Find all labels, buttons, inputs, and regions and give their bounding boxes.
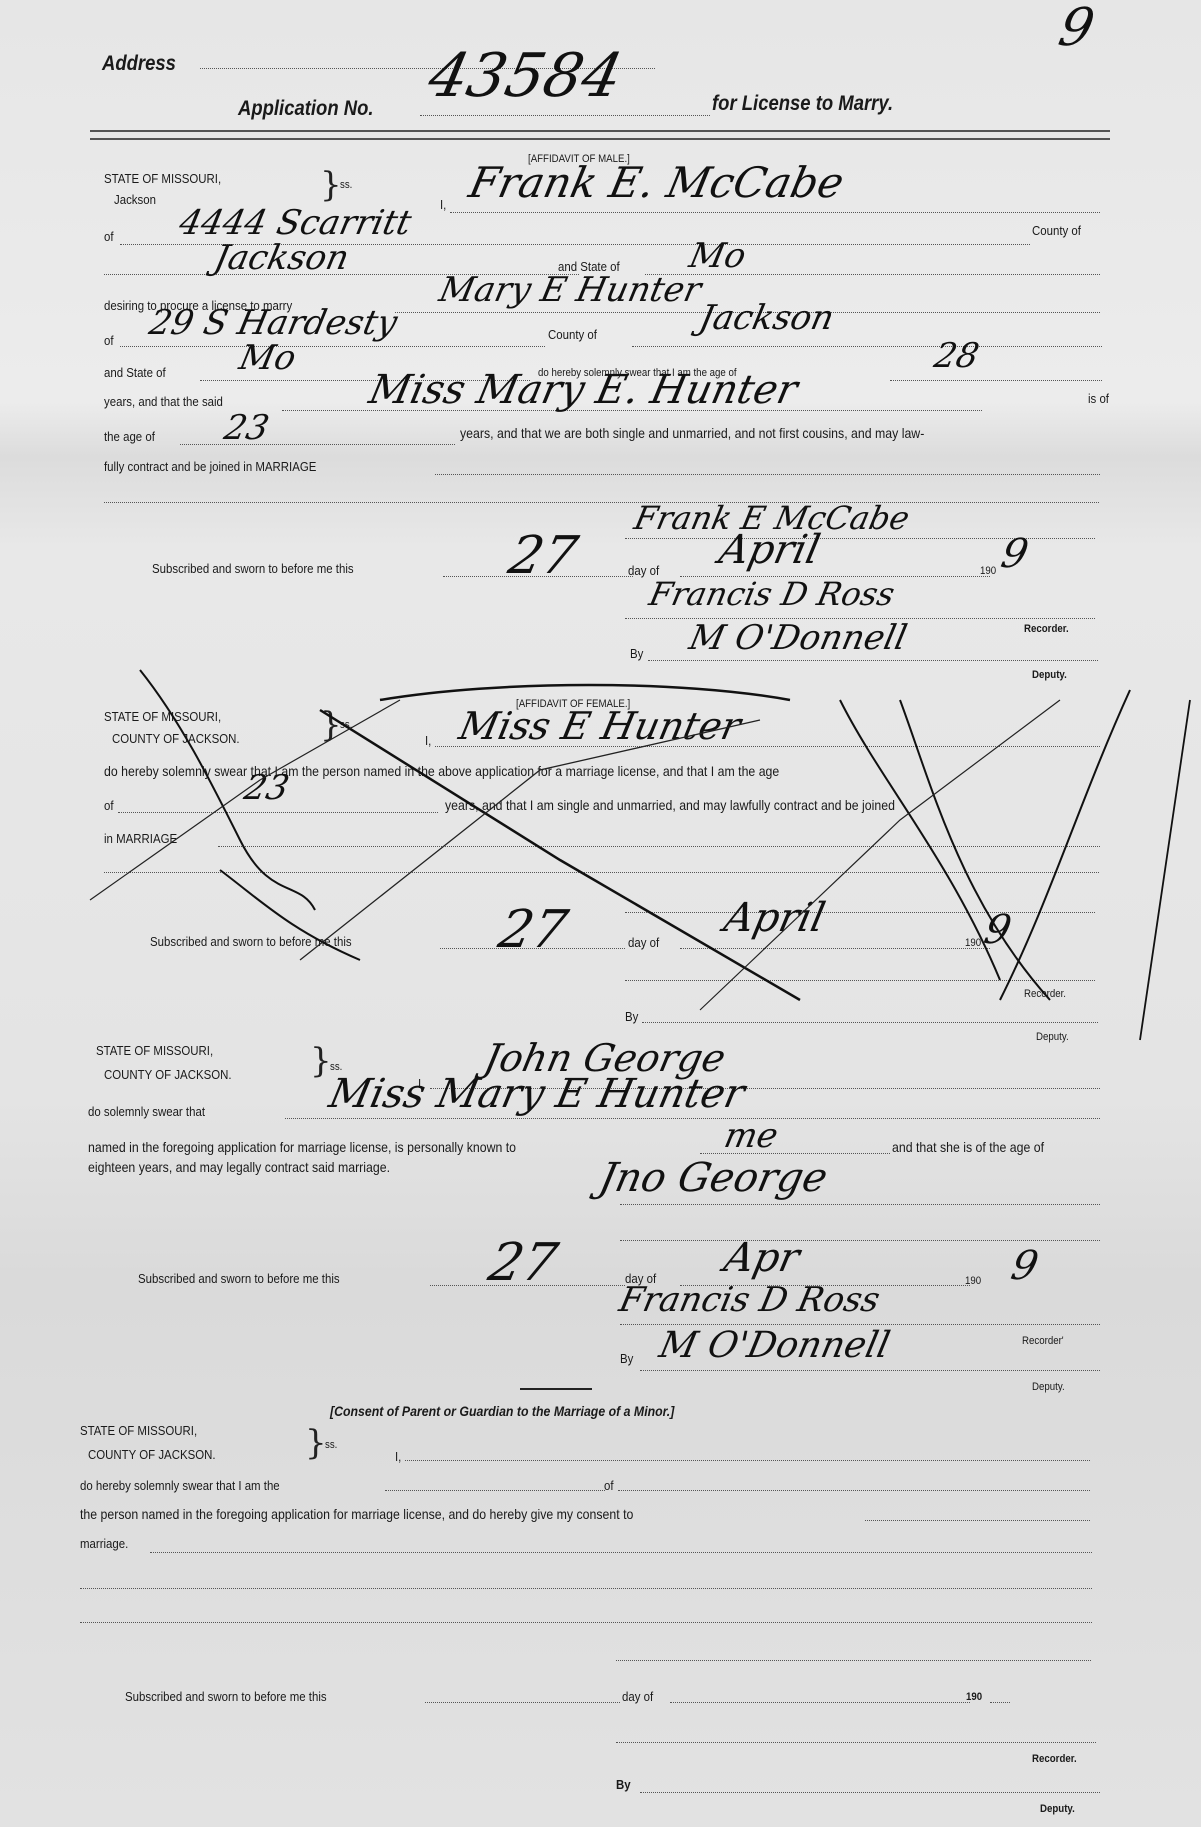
header-rule-top	[90, 130, 1110, 132]
witness-swear-label: do solemnly swear that	[88, 1103, 205, 1121]
blank-line	[80, 1588, 1092, 1589]
witness-signature: Jno George	[596, 1160, 830, 1196]
application-number-line	[420, 115, 710, 116]
groom-county: Jackson	[211, 240, 352, 276]
consent-marriage-label: marriage.	[80, 1535, 128, 1553]
consent-of-label: of	[604, 1477, 614, 1495]
marriage-field[interactable]	[435, 474, 1100, 475]
brace-icon: }	[320, 168, 342, 202]
female-month: April	[721, 900, 828, 936]
consent-deputy-label: Deputy.	[1040, 1800, 1075, 1818]
consent-recorder-line	[616, 1742, 1096, 1743]
named-person: Miss Mary E Hunter	[326, 1076, 748, 1112]
consent-day-field[interactable]	[425, 1702, 620, 1703]
female-day: 27	[496, 912, 570, 948]
bride-name: Mary E Hunter	[436, 272, 704, 308]
male-month: April	[716, 532, 823, 568]
female-by-label: By	[625, 1008, 638, 1026]
consent-subscribed-label: Subscribed and sworn to before me this	[125, 1688, 327, 1706]
known-to: me	[721, 1118, 781, 1154]
male-year-prefix: 190	[980, 562, 996, 580]
consent-state: STATE OF MISSOURI,	[80, 1422, 197, 1440]
consent-year-prefix: 190	[966, 1688, 982, 1706]
male-state: STATE OF MISSOURI,	[104, 170, 221, 188]
female-deputy-label: Deputy.	[1036, 1028, 1069, 1046]
years-clause: years, and that we are both single and u…	[460, 424, 924, 442]
named-person-field[interactable]	[285, 1118, 1100, 1119]
bride-county-of-label: County of	[548, 326, 597, 344]
female-years-clause: years, and that I am single and unmarrie…	[445, 796, 895, 814]
male-recorder-signature: Francis D Ross	[646, 576, 898, 612]
consent-name-field[interactable]	[405, 1460, 1090, 1461]
female-recorder-line	[625, 980, 1095, 981]
female-name: Miss E Hunter	[456, 708, 744, 744]
female-signature-line[interactable]	[625, 912, 1095, 913]
marriage-license-application: 9 Address Application No. 43584 for Lice…	[0, 0, 1201, 1827]
bride-county-field[interactable]	[632, 346, 1102, 347]
female-month-field[interactable]	[680, 948, 990, 949]
bride-state-of-label: and State of	[104, 364, 166, 382]
female-ss: ss.	[340, 716, 352, 734]
bride-county: Jackson	[696, 300, 837, 336]
corner-number: 9	[1056, 10, 1097, 46]
consent-of-field[interactable]	[618, 1490, 1090, 1491]
female-deputy-line	[642, 1022, 1098, 1023]
fully-contract-clause: fully contract and be joined in MARRIAGE	[104, 458, 316, 476]
witness-deputy-signature: M O'Donnell	[656, 1328, 893, 1364]
female-subscribed-label: Subscribed and sworn to before me this	[150, 933, 352, 951]
consent-title: [Consent of Parent or Guardian to the Ma…	[330, 1402, 674, 1420]
blank-line	[620, 1240, 1100, 1241]
consent-person-clause: the person named in the foregoing applic…	[80, 1505, 633, 1523]
male-deputy-line	[648, 660, 1098, 661]
blank-line	[104, 502, 1099, 503]
bride-address: 29 S Hardesty	[146, 305, 400, 341]
male-i-label: I,	[440, 196, 446, 214]
witness-deputy-line	[640, 1370, 1100, 1371]
section-divider	[520, 1388, 592, 1390]
female-swear-clause: do hereby solemnly swear that I am the p…	[104, 762, 779, 780]
female-state: STATE OF MISSOURI,	[104, 708, 221, 726]
male-by-label: By	[630, 645, 643, 663]
consent-recorder-label: Recorder.	[1032, 1750, 1077, 1768]
male-year-suffix: 9	[998, 536, 1031, 572]
witness-month: Apr	[721, 1240, 802, 1276]
consent-i-label: I,	[395, 1448, 401, 1466]
consent-county: COUNTY OF JACKSON.	[88, 1446, 216, 1464]
brace-icon: }	[310, 1044, 332, 1078]
male-ss: ss.	[340, 176, 352, 194]
blank-line	[104, 872, 1099, 873]
female-in-marriage: in MARRIAGE	[104, 830, 177, 848]
groom-state: Mo	[686, 238, 749, 274]
county-of-label: County of	[1032, 222, 1081, 240]
consent-day-of-label: day of	[622, 1688, 653, 1706]
consent-month-field[interactable]	[670, 1702, 970, 1703]
male-deputy-label: Deputy.	[1032, 666, 1067, 684]
consent-deputy-line	[640, 1792, 1100, 1793]
female-county: COUNTY OF JACKSON.	[112, 730, 240, 748]
application-label: Application No.	[238, 97, 374, 121]
title-suffix: for License to Marry.	[712, 92, 893, 116]
groom-address: 4444 Scarritt	[176, 205, 414, 241]
male-county: Jackson	[114, 191, 156, 209]
age-clause: and that she is of the age of	[892, 1138, 1044, 1156]
known-clause: named in the foregoing application for m…	[88, 1138, 516, 1156]
groom-age-field[interactable]	[890, 380, 1102, 381]
female-of-label: of	[104, 797, 114, 815]
female-recorder-label: Recorder.	[1024, 985, 1066, 1003]
eighteen-clause: eighteen years, and may legally contract…	[88, 1158, 390, 1176]
male-recorder-label: Recorder.	[1024, 620, 1069, 638]
witness-deputy-label: Deputy.	[1032, 1378, 1065, 1396]
bride-age-label: the age of	[104, 428, 155, 446]
groom-name: Frank E. McCabe	[466, 165, 847, 201]
witness-year-suffix: 9	[1008, 1248, 1041, 1284]
witness-county: COUNTY OF JACKSON.	[104, 1066, 232, 1084]
consent-swear-label: do hereby solemnly swear that I am the	[80, 1477, 280, 1495]
bride-of-label: of	[104, 332, 114, 350]
years-said-label: years, and that the said	[104, 393, 223, 411]
female-age: 23	[241, 770, 292, 806]
brace-icon: }	[320, 708, 342, 742]
groom-age: 28	[931, 338, 982, 374]
male-deputy-signature: M O'Donnell	[686, 620, 910, 656]
blank-line	[80, 1622, 1092, 1623]
consent-signature-line[interactable]	[616, 1660, 1091, 1661]
header-rule-bottom	[90, 138, 1110, 140]
witness-subscribed-label: Subscribed and sworn to before me this	[138, 1270, 340, 1288]
consent-year-field[interactable]	[990, 1702, 1010, 1703]
consent-to-field[interactable]	[865, 1520, 1090, 1521]
said-name: Miss Mary E. Hunter	[366, 372, 800, 408]
male-subscribed-label: Subscribed and sworn to before me this	[152, 560, 354, 578]
consent-ss: ss.	[325, 1436, 337, 1454]
address-label: Address	[102, 52, 176, 76]
groom-name-field[interactable]	[450, 212, 1100, 213]
female-year-prefix: 190	[965, 934, 981, 952]
consent-relation-field[interactable]	[385, 1490, 605, 1491]
consent-marriage-field[interactable]	[150, 1552, 1092, 1553]
witness-recorder-label: Recorder'	[1022, 1332, 1064, 1350]
bride-state: Mo	[236, 340, 299, 376]
male-of-label: of	[104, 228, 114, 246]
is-of-label: is of	[1088, 390, 1109, 408]
male-day: 27	[506, 538, 580, 574]
bride-age: 23	[221, 410, 272, 446]
female-marriage-field[interactable]	[218, 846, 1100, 847]
brace-icon: }	[305, 1426, 327, 1460]
female-day-of-label: day of	[628, 934, 659, 952]
female-i-label: I,	[425, 732, 431, 750]
application-number: 43584	[426, 58, 625, 94]
witness-signature-line[interactable]	[620, 1204, 1100, 1205]
consent-by-label: By	[616, 1776, 631, 1794]
female-year-suffix: 9	[981, 912, 1014, 948]
witness-year-prefix: 190	[965, 1272, 981, 1290]
witness-recorder-signature: Francis D Ross	[616, 1282, 883, 1318]
witness-state: STATE OF MISSOURI,	[96, 1042, 213, 1060]
bride-address-field[interactable]	[120, 346, 545, 347]
female-age-field[interactable]	[118, 812, 438, 813]
witness-by-label: By	[620, 1350, 633, 1368]
witness-day: 27	[486, 1245, 560, 1281]
